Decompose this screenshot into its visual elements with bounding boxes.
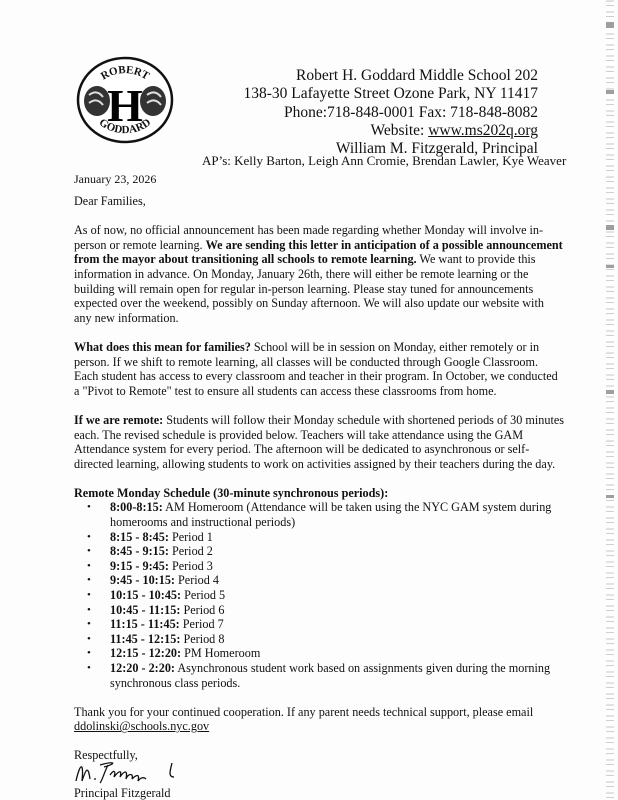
schedule-description: PM Homeroom [181,646,260,660]
schedule-item: 9:15 - 9:45: Period 3 [110,559,564,574]
schedule-time: 10:45 - 11:15: [110,603,180,617]
schedule-item: 8:45 - 9:15: Period 2 [110,544,564,559]
schedule-item: 11:45 - 12:15: Period 8 [110,632,564,647]
assistant-principals: AP’s: Kelly Barton, Leigh Ann Cromie, Br… [202,153,566,169]
schedule-time: 11:45 - 12:15: [110,632,180,646]
schedule-time: 12:20 - 2:20: [110,661,175,675]
schedule-description: Asynchronous student work based on assig… [110,661,550,690]
schedule-item: 8:00-8:15: AM Homeroom (Attendance will … [110,500,564,529]
schedule-description: Period 3 [169,559,213,573]
signer-name: Principal Fitzgerald [74,786,564,800]
schedule-item: 10:45 - 11:15: Period 6 [110,603,564,618]
schedule-description: Period 8 [180,632,224,646]
closing-paragraph: Thank you for your continued cooperation… [74,705,564,734]
schedule-description: Period 7 [180,617,224,631]
schedule-item: 11:15 - 11:45: Period 7 [110,617,564,632]
school-name: Robert H. Goddard Middle School 202 [243,67,538,85]
schedule-description: AM Homeroom (Attendance will be taken us… [110,500,551,529]
letter-page: ROBERT GODDARD H Robert H. Goddard Middl… [0,0,618,800]
school-address: 138-30 Lafayette Street Ozone Park, NY 1… [243,85,538,103]
svg-text:H: H [107,80,143,131]
schedule-description: Period 1 [169,530,213,544]
signature-image [74,759,214,785]
schedule-item: 10:15 - 10:45: Period 5 [110,588,564,603]
school-logo: ROBERT GODDARD H [75,55,175,145]
schedule-time: 8:15 - 8:45: [110,530,169,544]
schedule-description: Period 5 [181,588,225,602]
schedule-description: Period 2 [169,544,213,558]
schedule-time: 8:45 - 9:15: [110,544,169,558]
phone-fax: Phone:718-848-0001 Fax: 718-848-8082 [243,104,538,122]
schedule-time: 9:45 - 10:15: [110,573,175,587]
schedule-time: 11:15 - 11:45: [110,617,180,631]
letterhead: Robert H. Goddard Middle School 202 138-… [243,67,538,158]
schedule-item: 8:15 - 8:45: Period 1 [110,530,564,545]
website-line: Website: www.ms202q.org [243,122,538,140]
schedule-list: 8:00-8:15: AM Homeroom (Attendance will … [74,500,564,690]
website-link[interactable]: www.ms202q.org [428,122,538,139]
schedule-description: Period 6 [180,603,224,617]
schedule-title: Remote Monday Schedule (30-minute synchr… [74,486,564,501]
paragraph-remote: If we are remote: Students will follow t… [74,413,564,471]
schedule-time: 12:15 - 12:20: [110,646,181,660]
paragraph-families: What does this mean for families? School… [74,340,564,398]
letter-date: January 23, 2026 [74,172,156,187]
schedule-item: 12:20 - 2:20: Asynchronous student work … [110,661,564,690]
schedule-time: 10:15 - 10:45: [110,588,181,602]
scan-edge-artifact [606,0,614,800]
schedule-time: 8:00-8:15: [110,500,163,514]
schedule-time: 9:15 - 9:45: [110,559,169,573]
schedule-item: 12:15 - 12:20: PM Homeroom [110,646,564,661]
schedule-item: 9:45 - 10:15: Period 4 [110,573,564,588]
schedule-description: Period 4 [175,573,219,587]
paragraph-intro: As of now, no official announcement has … [74,223,564,325]
support-email-link[interactable]: ddolinski@schools.nyc.gov [74,719,209,733]
salutation: Dear Families, [74,194,564,209]
letter-body: Dear Families, As of now, no official an… [74,194,564,800]
